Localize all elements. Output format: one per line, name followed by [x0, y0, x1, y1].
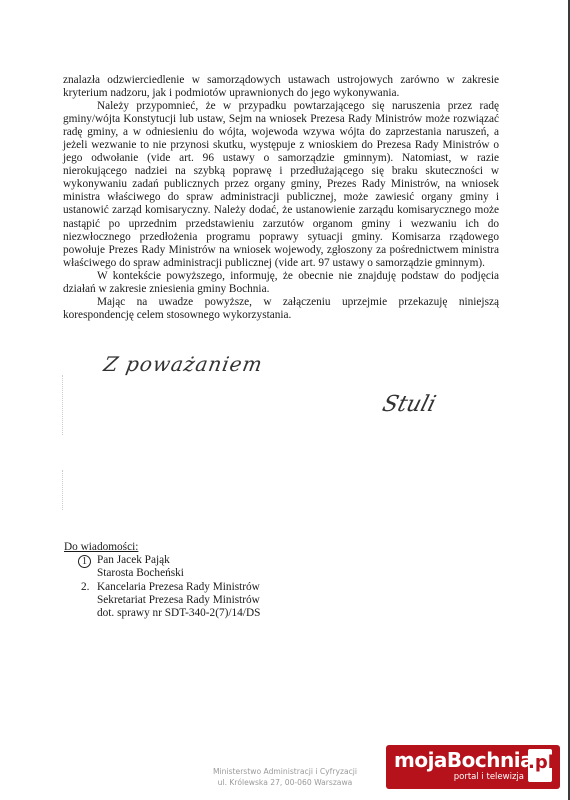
brand-name: mojaBochnia: [394, 748, 533, 772]
cc-item-number: 1: [78, 555, 91, 568]
cc-title: Do wiadomości:: [64, 541, 260, 554]
scan-artifact: [62, 470, 64, 510]
ministry-name: Ministerstwo Administracji i Cyfryzacji: [195, 766, 375, 777]
document-page: znalazła odzwierciedlenie w samorządowyc…: [0, 0, 570, 800]
cc-item-line: Sekretariat Prezesa Rady Ministrów: [97, 594, 260, 607]
cc-list: Do wiadomości: 1 Pan Jacek Pająk Starost…: [64, 541, 260, 620]
ministry-footer: Ministerstwo Administracji i Cyfryzacji …: [195, 766, 375, 788]
paragraph: Należy przypomnieć, że w przypadku powta…: [63, 100, 499, 270]
cc-item-number: 2.: [81, 581, 89, 594]
cc-item-line: Starosta Bocheński: [97, 567, 260, 580]
cc-item: 2. Kancelaria Prezesa Rady Ministrów Sek…: [64, 581, 260, 621]
paragraph: W kontekście powyższego, informuję, że o…: [63, 270, 499, 296]
ministry-address: ul. Królewska 27, 00-060 Warszawa: [195, 777, 375, 788]
brand-tld: .pl: [528, 749, 552, 782]
letter-body: znalazła odzwierciedlenie w samorządowyc…: [63, 74, 499, 322]
cc-item-line: dot. sprawy nr SDT-340-2(7)/14/DS: [97, 607, 260, 620]
paragraph: znalazła odzwierciedlenie w samorządowyc…: [63, 74, 499, 100]
cc-item-line: Pan Jacek Pająk: [97, 554, 260, 567]
paragraph: Mając na uwadze powyższe, w załączeniu u…: [63, 296, 499, 322]
brand-tagline: portal i telewizja: [454, 772, 524, 782]
handwritten-signature: Stuli: [380, 392, 439, 417]
mojabochnia-logo[interactable]: mojaBochnia .pl portal i telewizja: [386, 745, 560, 789]
cc-item: 1 Pan Jacek Pająk Starosta Bocheński: [64, 554, 260, 580]
cc-item-line: Kancelaria Prezesa Rady Ministrów: [97, 581, 260, 594]
scan-artifact: [62, 375, 64, 435]
handwritten-closing: Z poważaniem: [102, 352, 265, 376]
